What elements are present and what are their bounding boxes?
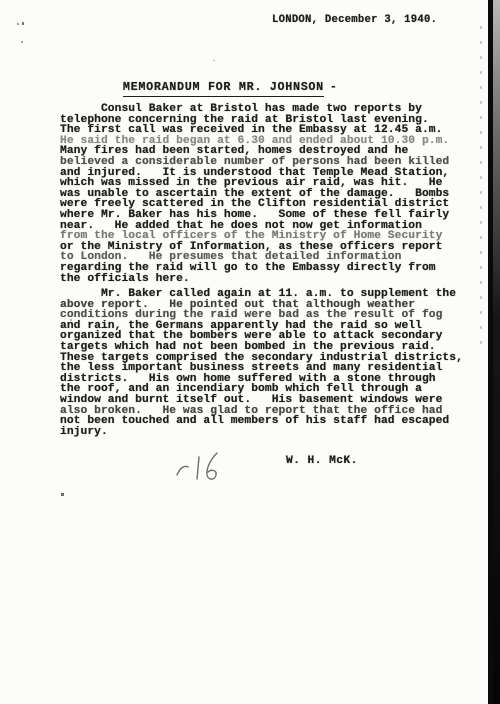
pencil-note-icon: [171, 449, 227, 491]
memo-title-text: MEMORANDUM FOR MR. JOHNSON: [123, 80, 324, 97]
text-line: not been touched and all members of his …: [60, 416, 480, 427]
text-line: believed a considerable number of person…: [60, 157, 480, 168]
scan-speck: [17, 23, 19, 25]
scan-speck: [70, 319, 72, 321]
text-line: injury.: [60, 427, 480, 438]
scan-edge-band-outer: [493, 0, 500, 704]
paragraph-1: Consul Baker at Bristol has made two rep…: [60, 104, 480, 284]
scan-speck: [22, 22, 24, 25]
text-line: to London. He presumes that detailed inf…: [60, 252, 480, 263]
paragraph-2: Mr. Baker called again at 11. a.m. to su…: [60, 289, 480, 437]
text-line: conditions during the raid were bad as t…: [60, 310, 480, 321]
text-line: the officials here.: [60, 274, 480, 285]
text-line: regarding the raid will go to the Embass…: [60, 263, 480, 274]
text-line: targets which had not been bombed in the…: [60, 342, 480, 353]
scan-speck: [61, 493, 64, 496]
text-line: window and burnt itself out. His basemen…: [60, 395, 480, 406]
text-line: Mr. Baker called again at 11. a.m. to su…: [60, 289, 480, 300]
text-line: from the local officers of the Ministry …: [60, 231, 480, 242]
scan-noise-column: [480, 26, 482, 346]
dateline: LONDON, December 3, 1940.: [272, 14, 437, 26]
scan-speck: [213, 60, 215, 61]
text-line: where Mr. Baker has his home. Some of th…: [60, 210, 480, 221]
memo-title-dash: -: [330, 80, 338, 94]
scan-speck: [21, 41, 23, 43]
handwritten-annotation: [171, 449, 227, 491]
text-line: Consul Baker at Bristol has made two rep…: [60, 104, 480, 115]
text-line: He said the raid began at 6.30 and ended…: [60, 136, 480, 147]
signature-initials: W. H. McK.: [286, 455, 358, 467]
scanned-memo-page: LONDON, December 3, 1940. MEMORANDUM FOR…: [0, 0, 500, 704]
text-line: also broken. He was glad to report that …: [60, 406, 480, 417]
